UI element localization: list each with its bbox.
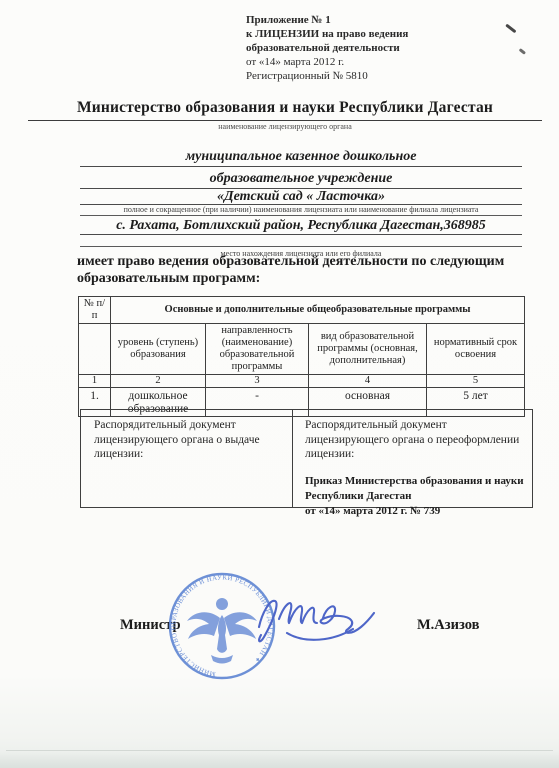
dagestan-eagle-emblem [187,598,257,664]
table-header: нормативный срок освоения [427,324,525,375]
column-index: 1 [79,375,111,388]
orders-box: Распорядительный документ лицензирующего… [80,409,533,508]
signature-stroke [259,601,277,642]
licensee-name-line: муниципальное казенное дошкольное [80,146,522,167]
reissue-order-label: Распорядительный документ лицензирующего… [305,418,526,462]
ministry-block: Министерство образования и науки Республ… [28,99,542,131]
licensee-block: муниципальное казенное дошкольное образо… [80,146,522,259]
programs-table: № п/п Основные и дополнительные общеобра… [78,296,525,417]
column-index: 5 [427,375,525,388]
eagle-left-wing [187,612,220,639]
document-page: Приложение № 1 к ЛИЦЕНЗИИ на право веден… [0,0,559,768]
column-index: 4 [309,375,427,388]
scan-edge-shade [0,752,559,768]
issue-order-label: Распорядительный документ лицензирующего… [81,410,293,507]
table-header-num: № п/п [79,297,111,324]
stamp-sun-icon [216,598,228,610]
annex-line: к ЛИЦЕНЗИИ на право ведения [246,27,408,41]
rights-statement: имеет право ведения образовательной деят… [77,254,533,287]
reissue-order-cell: Распорядительный документ лицензирующего… [293,410,532,507]
order-ref-line: Приказ Министерства образования и науки [305,474,526,489]
minister-name: М.Азизов [417,617,479,634]
annex-header: Приложение № 1 к ЛИЦЕНЗИИ на право веден… [246,13,408,83]
signature-stroke [321,606,374,633]
table-header-empty [79,324,111,375]
table-header: вид образовательной программы (основная,… [309,324,427,375]
licensee-name-line: «Детский сад « Ласточка» [80,189,522,205]
order-ref-line: от «14» марта 2012 г. № 739 [305,504,526,519]
scan-edge-line [6,750,553,751]
column-index: 3 [206,375,309,388]
scan-artifact [506,24,517,33]
column-index: 2 [111,375,206,388]
minister-signature [253,585,381,653]
ministry-caption: наименование лицензирующего органа [28,121,542,131]
table-header: уровень (ступень) образования [111,324,206,375]
reissue-order-reference: Приказ Министерства образования и науки … [305,474,526,519]
table-header: направленность (наименование) образовате… [206,324,309,375]
blank-underline [80,235,522,247]
eagle-base-ornament [211,655,233,664]
table-span-header: Основные и дополнительные общеобразовате… [111,297,525,324]
signature-flourish [287,629,353,640]
annex-reg-number: Регистрационный № 5810 [246,69,408,83]
ministry-title: Министерство образования и науки Республ… [28,99,542,121]
scan-artifact [519,48,526,54]
licensee-name-caption: полное и сокращенное (при наличии) наиме… [80,205,522,216]
annex-date: от «14» марта 2012 г. [246,55,408,69]
licensee-name-line: образовательное учреждение [80,167,522,189]
signature-stroke [279,603,317,623]
annex-line: Приложение № 1 [246,13,408,27]
order-ref-line: Республики Дагестан [305,489,526,504]
annex-line: образовательной деятельности [246,41,408,55]
licensee-address: с. Рахата, Ботлихский район, Республика … [80,216,522,235]
